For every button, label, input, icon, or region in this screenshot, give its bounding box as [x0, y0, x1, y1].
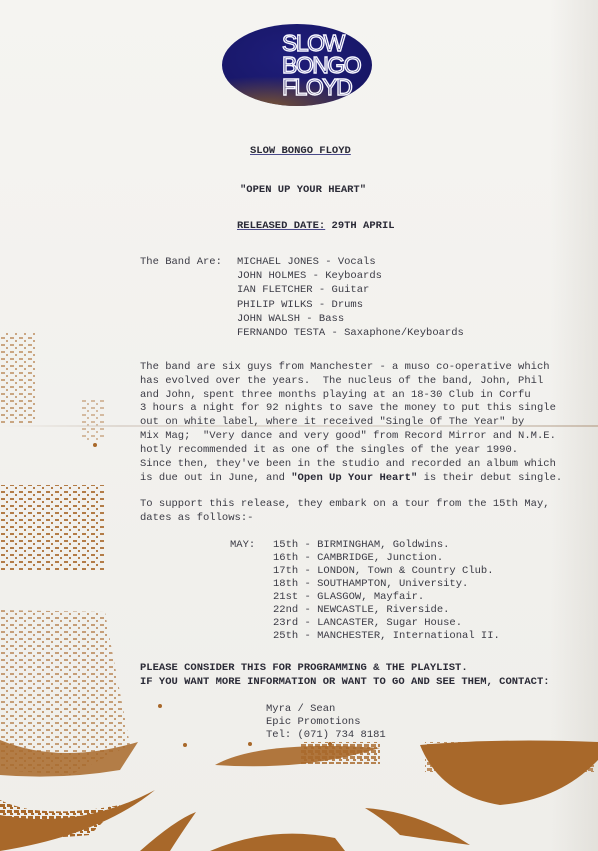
closing-line-2: IF YOU WANT MORE INFORMATION OR WANT TO …: [140, 676, 550, 690]
band-member: JOHN WALSH - Bass: [237, 313, 344, 327]
tour-date: 23rd - LANCASTER, Sugar House.: [273, 617, 462, 631]
band-logo: SLOW BONGO FLOYD: [222, 24, 372, 106]
contact-company: Epic Promotions: [266, 716, 361, 730]
band-member: PHILIP WILKS - Drums: [237, 299, 363, 313]
tour-date: 25th - MANCHESTER, International II.: [273, 630, 500, 644]
bio-line: out on white label, where it received "S…: [140, 416, 524, 430]
tour-date: 16th - CAMBRIDGE, Junction.: [273, 552, 443, 566]
logo-line-2: BONGO: [282, 54, 392, 76]
release-label: RELEASED DATE:: [237, 220, 325, 232]
tour-date: 15th - BIRMINGHAM, Goldwins.: [273, 539, 449, 553]
band-title: SLOW BONGO FLOYD: [250, 145, 351, 159]
band-label: The Band Are:: [140, 256, 222, 270]
single-name-emphasis: "Open Up Your Heart": [291, 472, 417, 484]
single-title: "OPEN UP YOUR HEART": [240, 184, 366, 198]
logo-line-3: FLOYD: [282, 76, 392, 98]
contact-names: Myra / Sean: [266, 703, 335, 717]
contact-phone: Tel: (071) 734 8181: [266, 729, 386, 743]
band-member: FERNANDO TESTA - Saxaphone/Keyboards: [237, 327, 464, 341]
release-value: 29TH APRIL: [332, 220, 395, 232]
album-text-end: is their debut single.: [417, 472, 562, 484]
bio-line: hotly recommended it as one of the singl…: [140, 444, 518, 458]
bio-line: and John, spent three months playing at …: [140, 389, 531, 403]
tour-date: 17th - LONDON, Town & Country Club.: [273, 565, 494, 579]
release-date: RELEASED DATE: 29TH APRIL: [237, 220, 395, 234]
tour-intro-line-1: To support this release, they embark on …: [140, 498, 550, 512]
band-member: IAN FLETCHER - Guitar: [237, 284, 369, 298]
album-paragraph-line-2: is due out in June, and "Open Up Your He…: [140, 472, 562, 486]
album-text: is due out in June, and: [140, 472, 291, 484]
band-member: JOHN HOLMES - Keyboards: [237, 270, 382, 284]
tour-date: 21st - GLASGOW, Mayfair.: [273, 591, 424, 605]
logo-line-1: SLOW: [282, 32, 392, 54]
bio-line: has evolved over the years. The nucleus …: [140, 375, 543, 389]
tour-month: MAY:: [230, 539, 255, 553]
logo-wordmark: SLOW BONGO FLOYD: [282, 32, 392, 98]
tour-date: 22nd - NEWCASTLE, Riverside.: [273, 604, 449, 618]
tour-intro-line-2: dates as follows:-: [140, 512, 253, 526]
tour-date: 18th - SOUTHAMPTON, University.: [273, 578, 468, 592]
bio-line: 3 hours a night for 92 nights to save th…: [140, 402, 556, 416]
bio-line: Mix Mag; "Very dance and very good" from…: [140, 430, 556, 444]
band-member: MICHAEL JONES - Vocals: [237, 256, 376, 270]
bio-line: The band are six guys from Manchester - …: [140, 361, 550, 375]
closing-line-1: PLEASE CONSIDER THIS FOR PROGRAMMING & T…: [140, 662, 468, 676]
album-paragraph-line-1: Since then, they've been in the studio a…: [140, 458, 556, 472]
